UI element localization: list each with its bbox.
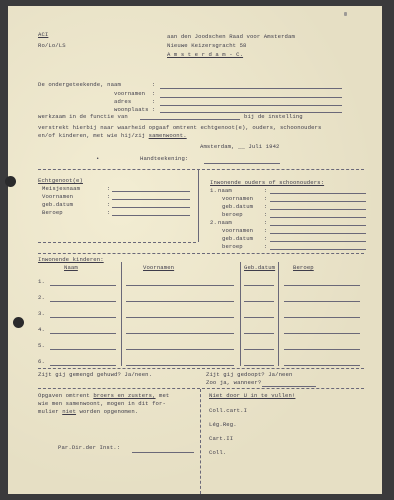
note-line3: mulier niet worden opgenomen. bbox=[38, 408, 138, 415]
parent2-firstnames-field[interactable] bbox=[270, 233, 366, 234]
colon: : bbox=[264, 195, 267, 202]
voornamen-field[interactable] bbox=[160, 97, 342, 98]
body-text: en/of kinderen, met wie hij/zij bbox=[38, 132, 145, 139]
parent2-name-field[interactable] bbox=[270, 225, 366, 226]
parent1-occupation-field[interactable] bbox=[270, 217, 366, 218]
colon: : bbox=[264, 187, 267, 194]
children-col-occupation: Beroep bbox=[293, 264, 314, 271]
parent1-birthdate-field[interactable] bbox=[270, 209, 366, 210]
addressee-line1: aan den Joodschen Raad voor Amsterdam bbox=[167, 33, 295, 40]
spouse-maiden-field[interactable] bbox=[112, 191, 190, 192]
ref-number: Ro/Lo/LS bbox=[38, 42, 66, 49]
child-1-birthdate-field[interactable] bbox=[244, 285, 274, 286]
colon: : bbox=[107, 201, 110, 208]
parent2-prefix: 2. bbox=[210, 219, 217, 226]
divider bbox=[38, 368, 364, 369]
child-1-firstnames-field[interactable] bbox=[126, 285, 234, 286]
colon: : bbox=[107, 193, 110, 200]
note-line2: wie men samenwoont, mogen in dit for- bbox=[38, 400, 166, 407]
bullet: • bbox=[96, 155, 99, 162]
spouse-title: Echtgenoot(e) bbox=[38, 177, 83, 184]
child-4-occupation-field[interactable] bbox=[284, 333, 360, 334]
question-baptized: Zijt gij gedoopt? Ja/neen bbox=[206, 371, 292, 378]
column-divider bbox=[121, 262, 122, 366]
column-divider bbox=[198, 170, 199, 242]
office-item-coll: Coll. bbox=[209, 449, 226, 456]
colon: : bbox=[152, 98, 155, 105]
declaration-body-line2: en/of kinderen, met wie hij/zij samenwoo… bbox=[38, 132, 187, 139]
child-4-birthdate-field[interactable] bbox=[244, 333, 274, 334]
archive-mark bbox=[344, 12, 347, 16]
question-mixed-married: Zijt gij gemengd gehuwd? Ja/neen. bbox=[38, 371, 152, 378]
ref-code: ACI bbox=[38, 31, 48, 38]
declaration-intro: De ondergeteekende, naam bbox=[38, 81, 121, 88]
colon: : bbox=[264, 219, 267, 226]
spouse-birthdate-field[interactable] bbox=[112, 207, 190, 208]
child-row-1-number: 1. bbox=[38, 278, 45, 285]
parent1-firstnames-field[interactable] bbox=[270, 201, 366, 202]
child-2-occupation-field[interactable] bbox=[284, 301, 360, 302]
label-voornamen: voornamen bbox=[114, 90, 145, 97]
declaration-body-line1: verstrekt hierbij naar waarheid opgaaf o… bbox=[38, 124, 321, 131]
punch-hole-top bbox=[5, 176, 16, 187]
child-5-name-field[interactable] bbox=[50, 349, 116, 350]
column-divider bbox=[240, 262, 241, 366]
child-row-3-number: 3. bbox=[38, 310, 45, 317]
colon: : bbox=[152, 90, 155, 97]
question-baptized-when: Zoo ja, wanneer? bbox=[206, 379, 261, 386]
child-row-6-number: 6. bbox=[38, 358, 45, 365]
child-6-birthdate-field[interactable] bbox=[244, 365, 274, 366]
office-item-cart-2: Cart.II bbox=[209, 435, 233, 442]
child-5-occupation-field[interactable] bbox=[284, 349, 360, 350]
addressee-line3: A m s t e r d a m - C. bbox=[167, 51, 243, 58]
label-adres: adres bbox=[114, 98, 131, 105]
children-col-firstnames: Voornamen bbox=[143, 264, 174, 271]
parents-title: Inwonende ouders of schoonouders: bbox=[210, 179, 324, 186]
spouse-label-maiden: Meisjesnaam bbox=[42, 185, 80, 192]
divider bbox=[38, 388, 364, 389]
parent2-label-firstnames: voornamen bbox=[222, 227, 253, 234]
colon: : bbox=[152, 81, 155, 88]
colon: : bbox=[152, 106, 155, 113]
signature-field[interactable] bbox=[204, 163, 280, 164]
parent2-label-name: naam bbox=[218, 219, 232, 226]
paraph-label: Par.Dir.der Inst.: bbox=[58, 444, 120, 451]
parent1-label-name: naam bbox=[218, 187, 232, 194]
spouse-label-occupation: Beroep bbox=[42, 209, 63, 216]
colon: : bbox=[264, 235, 267, 242]
place-date: Amsterdam, __ Juli 1942 bbox=[200, 143, 280, 150]
children-col-name: Naam bbox=[64, 264, 78, 271]
column-divider bbox=[200, 389, 201, 494]
child-3-name-field[interactable] bbox=[50, 317, 116, 318]
addressee-line2: Nieuwe Keizersgracht 58 bbox=[167, 42, 247, 49]
spouse-occupation-field[interactable] bbox=[112, 215, 190, 216]
child-5-firstnames-field[interactable] bbox=[126, 349, 234, 350]
child-1-name-field[interactable] bbox=[50, 285, 116, 286]
note-text: mulier bbox=[38, 408, 62, 415]
child-5-birthdate-field[interactable] bbox=[244, 349, 274, 350]
colon: : bbox=[264, 203, 267, 210]
column-divider bbox=[278, 262, 279, 366]
colon: : bbox=[264, 227, 267, 234]
child-4-firstnames-field[interactable] bbox=[126, 333, 234, 334]
note-text: worden opgenomen. bbox=[76, 408, 138, 415]
children-title: Inwonende kinderen: bbox=[38, 256, 104, 263]
parent1-name-field[interactable] bbox=[270, 193, 366, 194]
body-underlined: samenwoont. bbox=[149, 132, 187, 139]
spouse-firstnames-field[interactable] bbox=[112, 199, 190, 200]
child-2-birthdate-field[interactable] bbox=[244, 301, 274, 302]
divider bbox=[38, 169, 364, 170]
office-title: Niet door U in te vullen! bbox=[209, 392, 295, 399]
punch-hole-bottom bbox=[13, 317, 24, 328]
child-6-firstnames-field[interactable] bbox=[126, 365, 234, 366]
child-6-occupation-field[interactable] bbox=[284, 365, 360, 366]
note-line1: Opgaven omtrent broers en zusters, met bbox=[38, 392, 169, 399]
child-2-firstnames-field[interactable] bbox=[126, 301, 234, 302]
baptized-when-field[interactable] bbox=[262, 386, 316, 387]
parent2-birthdate-field[interactable] bbox=[270, 241, 366, 242]
spouse-label-firstnames: Voornamen bbox=[42, 193, 73, 200]
parent2-occupation-field[interactable] bbox=[270, 249, 366, 250]
function-field[interactable] bbox=[140, 119, 240, 120]
name-field[interactable] bbox=[160, 88, 342, 89]
child-1-occupation-field[interactable] bbox=[284, 285, 360, 286]
colon: : bbox=[107, 185, 110, 192]
spouse-label-birthdate: geb.datum bbox=[42, 201, 73, 208]
note-underlined: niet bbox=[62, 408, 76, 415]
signature-label: Handteekening: bbox=[140, 155, 188, 162]
note-underlined: broers en zusters, bbox=[93, 392, 155, 399]
paraph-field[interactable] bbox=[132, 452, 194, 453]
divider bbox=[38, 253, 364, 254]
child-6-name-field[interactable] bbox=[50, 365, 116, 366]
office-item-leg-reg: Lég.Reg. bbox=[209, 421, 237, 428]
child-2-name-field[interactable] bbox=[50, 301, 116, 302]
note-text: Opgaven omtrent bbox=[38, 392, 93, 399]
child-3-occupation-field[interactable] bbox=[284, 317, 360, 318]
divider bbox=[38, 242, 196, 243]
colon: : bbox=[264, 243, 267, 250]
form-document: ACI Ro/Lo/LS aan den Joodschen Raad voor… bbox=[8, 6, 382, 494]
parent1-label-firstnames: voornamen bbox=[222, 195, 253, 202]
colon: : bbox=[107, 209, 110, 216]
note-text: met bbox=[156, 392, 170, 399]
parent1-label-occupation: beroep bbox=[222, 211, 243, 218]
adres-field[interactable] bbox=[160, 105, 342, 106]
child-4-name-field[interactable] bbox=[50, 333, 116, 334]
child-row-2-number: 2. bbox=[38, 294, 45, 301]
child-row-5-number: 5. bbox=[38, 342, 45, 349]
children-col-birthdate: Geb.datum bbox=[244, 264, 275, 271]
function-label: werkzaam in de functie van bbox=[38, 113, 128, 120]
child-3-firstnames-field[interactable] bbox=[126, 317, 234, 318]
colon: : bbox=[264, 211, 267, 218]
child-row-4-number: 4. bbox=[38, 326, 45, 333]
parent1-prefix: 1. bbox=[210, 187, 217, 194]
parent1-label-birthdate: geb.datum bbox=[222, 203, 253, 210]
institution-label: bij de instelling bbox=[244, 113, 303, 120]
parent2-label-birthdate: geb.datum bbox=[222, 235, 253, 242]
office-item-coll-cart-1: Coll.cart.I bbox=[209, 407, 247, 414]
label-woonplaats: woonplaats bbox=[114, 106, 149, 113]
child-3-birthdate-field[interactable] bbox=[244, 317, 274, 318]
parent2-label-occupation: beroep bbox=[222, 243, 243, 250]
